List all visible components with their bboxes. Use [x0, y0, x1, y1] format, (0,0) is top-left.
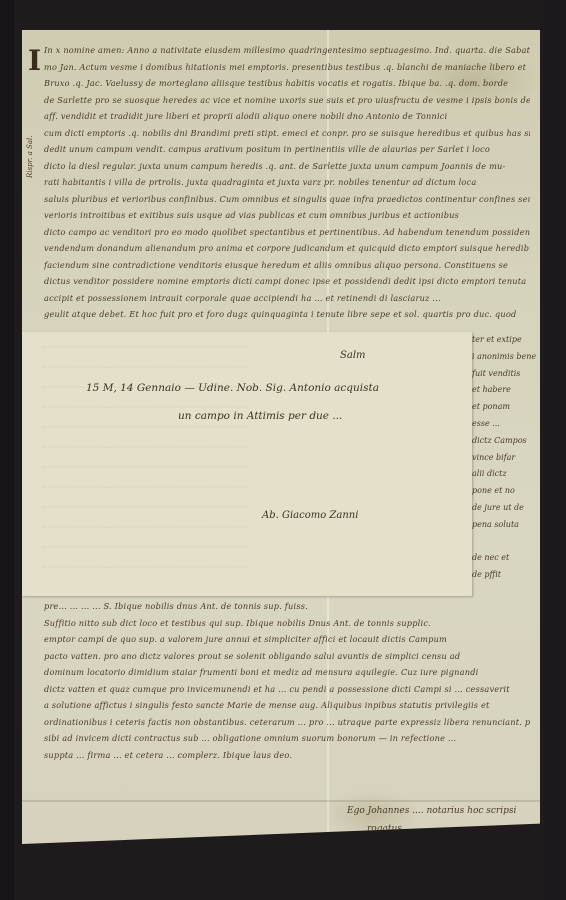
margin-note: Rispr. a Sal. [26, 136, 34, 178]
text-line: de pffit [472, 567, 540, 584]
text-line: dictus venditor possidere nomine emptori… [44, 273, 530, 290]
text-line: saluis pluribus et verioribus confinibus… [44, 191, 530, 208]
text-line: de nec et [472, 550, 540, 567]
decorated-initial: I [28, 44, 41, 77]
text-line: Bruxo .q. Jac. Vaelussy de morteglano al… [44, 75, 530, 92]
note-heading: Salm [340, 350, 366, 361]
text-line: dicto la diesl regular. juxta unum campu… [44, 158, 530, 175]
signature-line: rogatus ... [347, 820, 516, 838]
text-line: dedit unum campum vendit. campus arativu… [44, 141, 530, 158]
text-line: esse ... [472, 416, 540, 433]
text-line: et habere [472, 382, 540, 399]
text-line: pre... ... ... ... S. Ibique nobilis dnu… [44, 598, 530, 615]
text-line: de Sarlette pro se suosque heredes ac vi… [44, 92, 530, 109]
text-line: pena soluta [472, 517, 540, 534]
text-line: mo Jan. Actum vesme i domibus hitationis… [44, 59, 530, 76]
text-line: suppta ... firma ... et cetera ... compl… [44, 747, 530, 764]
text-line: emptor campi de quo sup. a valorem jure … [44, 631, 530, 648]
show-through-text: ········································… [42, 338, 460, 578]
signature-line: Ego Johannes .... notarius hoc scripsi [347, 802, 516, 820]
text-line [472, 534, 540, 551]
text-line: dictz vatten et quaz cumque pro invicemu… [44, 681, 530, 698]
text-line: In x nomine amen: Anno a nativitate eius… [44, 42, 530, 59]
scan-border-right [544, 0, 566, 900]
text-line: dictz Campos [472, 433, 540, 450]
text-line: accipit et possessionem intrauit corpora… [44, 290, 530, 307]
note-signature: Ab. Giacomo Zanni [262, 510, 358, 521]
right-text-strip: ter et extipe i anonimis bene fuit vendi… [472, 332, 540, 606]
main-text-bottom: pre... ... ... ... S. Ibique nobilis dnu… [44, 598, 530, 763]
text-line: cum dicti emptoris .q. nobilis dni Brand… [44, 125, 530, 142]
text-line: rati habitantis i villa de prtrolis. jux… [44, 174, 530, 191]
text-line: geulit atque debet. Et hoc fuit pro et f… [44, 306, 530, 323]
text-line: ter et extipe [472, 332, 540, 349]
text-line: vince bifar [472, 450, 540, 467]
main-text-top: In x nomine amen: Anno a nativitate eius… [44, 42, 530, 323]
text-line: pone et no [472, 483, 540, 500]
text-line: Suffitio nitto sub dict loco et testibus… [44, 615, 530, 632]
text-line: et ponam [472, 399, 540, 416]
notary-signature: Ego Johannes .... notarius hoc scripsi r… [347, 802, 516, 838]
text-line: de jure ut de [472, 500, 540, 517]
text-line: sibi ad invicem dicti contractus sub ...… [44, 730, 530, 747]
text-line: dicto campo ac venditori pro eo modo quo… [44, 224, 530, 241]
text-line: i anonimis bene [472, 349, 540, 366]
text-line: dominum locatorio dimidium staiar frumen… [44, 664, 530, 681]
text-line: pacto vatten. pro ano dictz valores prou… [44, 648, 530, 665]
note-line-2: un campo in Attimis per due ... [178, 410, 342, 422]
text-line: verioris introitibus et exitibus suis us… [44, 207, 530, 224]
scan-border-left [0, 0, 14, 900]
text-line: vendendum donandum alienandum pro anima … [44, 240, 530, 257]
text-line: alii dictz [472, 466, 540, 483]
text-line: aff. vendidit et tradidit jure liberi et… [44, 108, 530, 125]
text-line: a solutione affictus i singulis festo sa… [44, 697, 530, 714]
text-line: faciendum sine contradictione venditoris… [44, 257, 530, 274]
note-line-1: 15 M, 14 Gennaio — Udine. Nob. Sig. Anto… [86, 382, 379, 394]
archival-note-card: ········································… [22, 332, 472, 596]
text-line: ordinationibus i ceteris factis non obst… [44, 714, 530, 731]
text-line: fuit venditis [472, 366, 540, 383]
